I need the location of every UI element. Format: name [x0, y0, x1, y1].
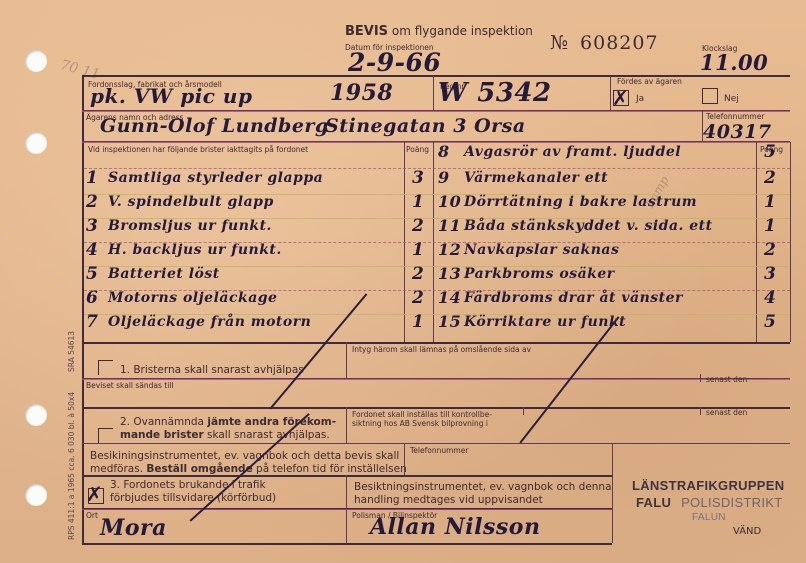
divider	[346, 342, 347, 378]
defect-right-points: 5	[764, 142, 776, 162]
frame-right	[790, 142, 791, 342]
row-rule	[84, 168, 790, 169]
divider	[82, 509, 612, 510]
defect-left-points: 2	[412, 216, 424, 236]
certificate-return-label: Intyg härom skall lämnas på omslående si…	[352, 345, 531, 354]
yes-label: Ja	[636, 94, 644, 105]
form-title-rest: om flygande inspektion	[392, 24, 533, 38]
defect-left-text: H. backljus ur funkt.	[108, 242, 282, 258]
defect-left-points: 1	[412, 312, 424, 332]
punch-hole	[25, 50, 47, 72]
place-label: Ort	[86, 511, 98, 520]
divider	[404, 443, 405, 475]
divider	[433, 76, 434, 110]
number-value: 608207	[580, 32, 659, 54]
place-value: Mora	[100, 515, 167, 541]
divider	[82, 342, 790, 344]
divider	[700, 407, 701, 415]
divider	[82, 543, 612, 545]
divider	[610, 76, 611, 110]
instrument-note: Besikiningsinstrumentet, ev. vagnbok och…	[90, 450, 407, 476]
date-value: 2-9-66	[348, 48, 441, 77]
form-title: BEVIS om flygande inspektion	[345, 24, 533, 39]
defect-left-points: 3	[412, 168, 424, 188]
defect-right-points: 4	[764, 288, 776, 308]
defect-left-number: 2	[86, 192, 98, 212]
owner-address-value: Stinegatan 3 Orsa	[325, 115, 526, 137]
defects-header: Vid inspektionen har följande brister ia…	[88, 145, 308, 154]
defect-left-number: 1	[86, 168, 98, 188]
defect-right-text: Parkbroms osäker	[464, 266, 615, 282]
defect-right-number: 15	[438, 312, 461, 331]
instrument-note-line: Besikiningsinstrumentet, ev. vagnbok och…	[90, 450, 399, 462]
defect-left-points: 1	[412, 240, 424, 260]
divider	[700, 374, 701, 382]
driven-by-owner-label: Fördes av ägaren	[617, 77, 682, 86]
defect-right-number: 13	[438, 264, 461, 283]
defect-right-points: 2	[764, 168, 776, 188]
option2-text: skall snarast avhjälpas.	[204, 429, 330, 441]
police-stamp-line1: LÄNSTRAFIKGRUPPEN	[632, 478, 784, 493]
defect-right-number: 8	[438, 142, 450, 161]
option2-text-bold: jämte andra förekom-	[207, 416, 336, 428]
defect-left-points: 1	[412, 192, 424, 212]
no-checkbox[interactable]	[702, 88, 718, 104]
officer-signature: Allan Nilsson	[370, 514, 540, 540]
turn-over-label: VÄND	[733, 526, 761, 537]
defect-right-points: 2	[764, 240, 776, 260]
instrument-note-line: på telefon tid för inställelsen	[253, 463, 407, 475]
certificate-number: № 608207	[550, 32, 659, 54]
defect-left-number: 5	[86, 264, 98, 284]
printer-code: RPS 411:1 a 1965 cca. 6 030 bl. à 50x4	[67, 392, 76, 540]
defect-left-points: 2	[412, 264, 424, 284]
defect-right-number: 10	[438, 192, 461, 211]
instrument-note-bold: Beställ omgående	[146, 463, 252, 475]
option2-text-bold: mande brister	[120, 429, 204, 441]
option2-text: 2. Ovannämnda	[120, 416, 207, 428]
defect-right-text: Båda stänkskyddet v. sida. ett	[464, 218, 713, 234]
owner-name-value: Gunn-Olof Lundberg	[100, 115, 329, 137]
vehicle-type-value: pk. VW pic up	[90, 84, 252, 108]
divider	[82, 443, 790, 444]
phone-value: 40317	[703, 121, 772, 143]
divider	[82, 475, 612, 477]
stamp-text: FALU	[636, 495, 671, 510]
defect-right-points: 1	[764, 216, 776, 236]
defect-right-points: 5	[764, 312, 776, 332]
defect-left-text: Bromsljus ur funkt.	[108, 218, 272, 234]
defect-right-text: Färdbroms drar åt vänster	[464, 290, 683, 306]
x-mark-icon: ✗	[612, 86, 629, 110]
option2-checkbox[interactable]	[98, 428, 113, 443]
defect-right-points: 3	[764, 264, 776, 284]
defect-left-number: 6	[86, 288, 98, 308]
defect-left-text: V. spindelbult glapp	[108, 194, 274, 210]
defect-right-text: Körriktare ur funkt	[464, 314, 626, 330]
form-title-bold: BEVIS	[345, 24, 388, 39]
number-prefix: №	[550, 32, 568, 54]
defect-right-points: 1	[764, 192, 776, 212]
points-label-left: Poäng	[406, 145, 429, 154]
instrument-note-3: Besiktningsinstrumentet, ev. vagnbok och…	[354, 481, 612, 507]
option1-label: 1. Bristerna skall snarast avhjälpas	[120, 364, 304, 376]
defect-left-text: Samtliga styrleder glappa	[108, 170, 323, 186]
divider	[523, 407, 524, 415]
option3-label: 3. Fordonets brukande i trafik förbjudes…	[110, 479, 276, 505]
x-mark-icon: ✗	[86, 482, 103, 506]
no-label: Nej	[724, 94, 739, 105]
divider	[612, 443, 613, 543]
punch-hole	[25, 484, 47, 506]
option2-label: 2. Ovannämnda jämte andra förekom- mande…	[120, 416, 336, 442]
option3-line: 3. Fordonets brukande i trafik	[110, 479, 266, 491]
defect-right-text: Dörrtätning i bakre lastrum	[464, 194, 697, 210]
defect-right-number: 9	[438, 168, 450, 187]
defect-left-number: 3	[86, 216, 98, 236]
defect-right-number: 11	[438, 216, 461, 235]
time-value: 11.00	[700, 50, 768, 75]
instrument-note-line: Besiktningsinstrumentet, ev. vagnbok och…	[354, 481, 612, 493]
defect-right-text: Navkapslar saknas	[464, 242, 619, 258]
defect-left-number: 7	[86, 312, 98, 332]
instrument-note-line: handling medtages vid uppvisandet	[354, 494, 543, 506]
punch-hole	[25, 404, 47, 426]
divider	[82, 407, 790, 409]
divider	[346, 407, 347, 443]
police-stamp-line3: FALUN	[692, 512, 726, 523]
defect-left-text: Motorns oljeläckage	[108, 290, 277, 306]
inspection-label: Fordonet skall inställas till kontrollbe…	[352, 410, 502, 428]
vehicle-year-value: 1958	[330, 80, 393, 106]
punch-hole	[25, 132, 47, 154]
printer-side-code: SRA 54613	[67, 331, 76, 372]
defect-right-number: 12	[438, 240, 461, 259]
stamp-text: POLISDISTRIKT	[681, 495, 782, 510]
divider	[82, 379, 790, 380]
latest-date-label-1: senast den	[706, 375, 747, 384]
defect-left-text: Oljeläckage från motorn	[108, 314, 311, 330]
divider	[82, 75, 790, 77]
divider	[82, 142, 790, 143]
option3-line: förbjudes tillsvidare (körförbud)	[110, 492, 276, 504]
phone-label-2: Telefonnummer	[410, 446, 468, 455]
frame-left	[82, 75, 84, 543]
police-stamp-line2: FALU POLISDISTRIKT	[636, 495, 783, 510]
inspection-certificate: 70 11 Lamp RPS 411:1 a 1965 cca. 6 030 b…	[0, 0, 806, 563]
latest-date-label-2: senast den	[706, 408, 747, 417]
defect-left-number: 4	[86, 240, 98, 260]
defect-left-text: Batteriet löst	[108, 266, 220, 282]
send-to-label: Beviset skall sändas till	[86, 381, 174, 390]
divider	[82, 111, 790, 112]
reg-value: W 5342	[438, 78, 552, 108]
defect-right-number: 14	[438, 288, 461, 307]
option1-checkbox[interactable]	[98, 360, 113, 375]
defect-left-points: 2	[412, 288, 424, 308]
defect-right-text: Avgasrör av framt. ljuddel	[464, 144, 681, 160]
defect-right-text: Värmekanaler ett	[464, 170, 608, 186]
instrument-note-line: medföras.	[90, 463, 146, 475]
phone-label: Telefonnummer	[706, 112, 764, 121]
